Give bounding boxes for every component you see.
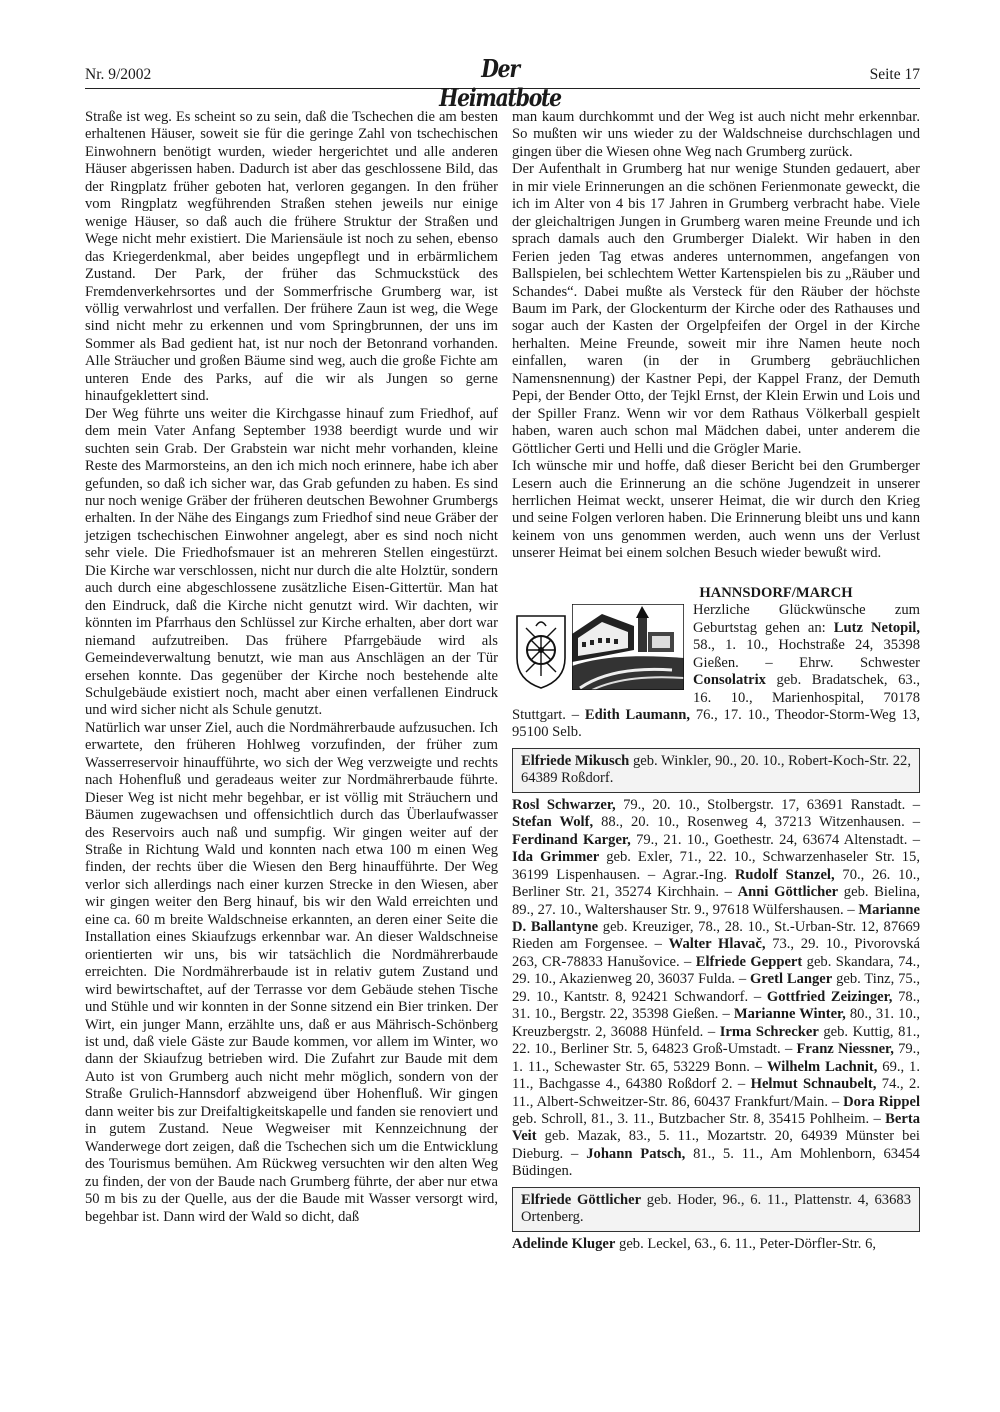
recipient-name: Rosl Schwarzer, (512, 797, 616, 813)
article-paragraph: Natürlich war unser Ziel, auch die Nordm… (85, 720, 498, 1226)
highlight-box-birthday: Elfriede Mikusch geb. Winkler, 90., 20. … (512, 748, 920, 793)
recipient-name: Franz Niessner, (797, 1041, 894, 1057)
recipient-name: Edith Laumann, (585, 707, 690, 723)
page-number: Seite 17 (870, 66, 920, 84)
recipient-name: Elfriede Mikusch (521, 753, 629, 769)
recipient-name: Stefan Wolf, (512, 814, 593, 830)
recipient-details: 88., 20. 10., Rosenweg 4, 37213 Witzenha… (593, 814, 920, 830)
article-paragraph: Der Aufenthalt in Grumberg hat nur wenig… (512, 161, 920, 458)
masthead-logo: Der Heimatbote (436, 54, 564, 112)
recipient-name: Ferdinand Karger, (512, 832, 631, 848)
recipient-name: Wilhelm Lachnit, (767, 1059, 877, 1075)
recipient-name: Walter Hlavač, (669, 936, 766, 952)
recipient-name: Consolatrix (693, 672, 766, 688)
article-paragraph: Der Weg führte uns weiter die Kirchgasse… (85, 406, 498, 720)
birthday-list-continued: Adelinde Kluger geb. Leckel, 63., 6. 11.… (512, 1236, 920, 1253)
recipient-name: Helmut Schnaubelt, (751, 1076, 877, 1092)
recipient-details: 79., 20. 10., Stolbergstr. 17, 63691 Ran… (616, 797, 920, 813)
right-column: man kaum durchkommt und der Weg ist auch… (512, 109, 920, 1253)
coat-of-arms-icon (514, 612, 568, 690)
recipient-name: Lutz Netopil, (834, 620, 920, 636)
recipient-name: Dora Rippel (843, 1094, 920, 1110)
recipient-details: 58., 1. 10., Hochstraße 24, 35398 Gießen… (693, 637, 920, 670)
recipient-name: Adelinde Kluger (512, 1236, 615, 1252)
article-paragraph: Ich wünsche mir und hoffe, daß dieser Be… (512, 458, 920, 563)
highlight-box-birthday: Elfriede Göttlicher geb. Hoder, 96., 6. … (512, 1187, 920, 1232)
birthday-list: Rosl Schwarzer, 79., 20. 10., Stolbergst… (512, 797, 920, 1181)
recipient-details: geb. Schroll, 81., 3. 11., Butzbacher St… (512, 1111, 885, 1127)
recipient-name: Ida Grimmer (512, 849, 599, 865)
issue-number: Nr. 9/2002 (85, 66, 151, 84)
recipient-name: Gottfried Zeizinger, (767, 989, 893, 1005)
recipient-name: Rudolf Stanzel, (735, 867, 835, 883)
article-paragraph: Straße ist weg. Es scheint so zu sein, d… (85, 109, 498, 406)
recipient-name: Johann Patsch, (586, 1146, 685, 1162)
recipient-details: 79., 21. 10., Goethestr. 24, 63674 Alten… (631, 832, 920, 848)
recipient-name: Anni Göttlicher (738, 884, 839, 900)
section-images (512, 602, 687, 700)
birthday-intro: Herzliche Glückwünsche zum Geburtstag ge… (512, 602, 920, 742)
recipient-name: Irma Schrecker (720, 1024, 819, 1040)
recipient-name: Elfriede Geppert (696, 954, 803, 970)
recipient-name: Elfriede Göttlicher (521, 1192, 641, 1208)
recipient-name: Gretl Langer (750, 971, 832, 987)
recipient-details: geb. Leckel, 63., 6. 11., Peter-Dörfler-… (615, 1236, 876, 1252)
town-view-image (572, 604, 684, 690)
left-column: Straße ist weg. Es scheint so zu sein, d… (85, 109, 498, 1226)
page-header: Nr. 9/2002 Der Heimatbote Seite 17 (85, 58, 920, 89)
article-paragraph: man kaum durchkommt und der Weg ist auch… (512, 109, 920, 161)
section-title: HANNSDORF/MARCH (512, 585, 920, 603)
recipient-name: Marianne Winter, (734, 1006, 846, 1022)
